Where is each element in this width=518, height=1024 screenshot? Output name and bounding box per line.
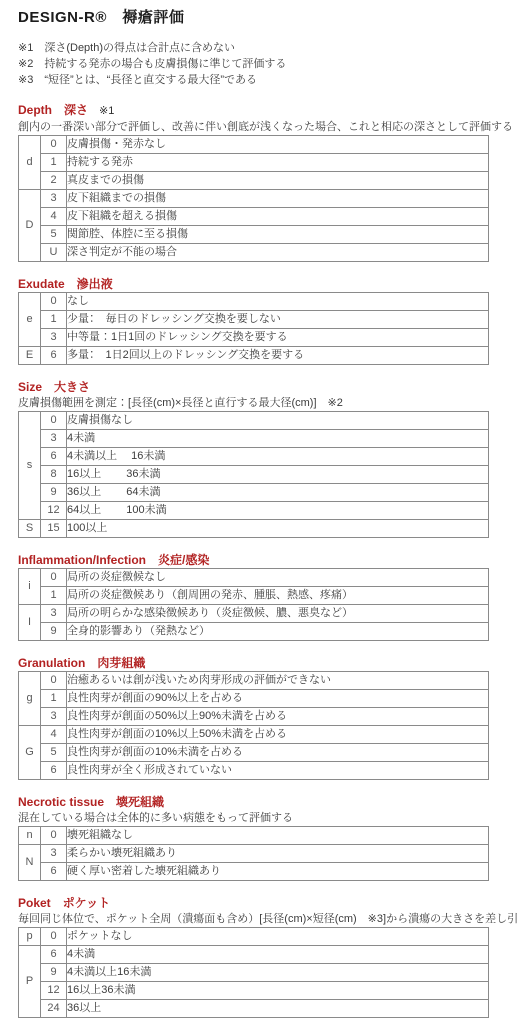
grade-letter-cell: P — [19, 946, 41, 1018]
table-row: 3良性肉芽が創面の50%以上90%未満を占める — [19, 708, 489, 726]
score-cell: 9 — [41, 964, 67, 982]
table-row: i0局所の炎症徴候なし — [19, 569, 489, 587]
criteria-cell: 真皮までの損傷 — [67, 172, 489, 190]
grade-letter-cell: p — [19, 928, 41, 946]
table-row: 1216以上36未満 — [19, 982, 489, 1000]
criteria-cell: 良性肉芽が創面の10%以上50%未満を占める — [67, 726, 489, 744]
table-row: N3柔らかい壊死組織あり — [19, 845, 489, 863]
score-cell: 0 — [41, 136, 67, 154]
score-cell: 2 — [41, 172, 67, 190]
table-row: 94未満以上16未満 — [19, 964, 489, 982]
criteria-cell: 局所の炎症徴候なし — [67, 569, 489, 587]
table-row: 34未満 — [19, 430, 489, 448]
score-cell: 3 — [41, 605, 67, 623]
grade-letter-cell: d — [19, 136, 41, 190]
section-heading-text: Poket ポケット — [18, 896, 110, 910]
score-cell: 3 — [41, 430, 67, 448]
score-cell: 6 — [41, 347, 67, 365]
criteria-cell: 中等量：1日1回のドレッシング交換を要する — [67, 329, 489, 347]
section-description: 皮膚損傷範囲を測定：[長径(cm)×長径と直行する最大径(cm)] ※2 — [18, 395, 489, 411]
criteria-cell: 良性肉芽が創面の10%未満を占める — [67, 744, 489, 762]
document-title: DESIGN-R® 褥瘡評価 — [18, 8, 489, 28]
table-row: 4皮下組織を超える損傷 — [19, 208, 489, 226]
criteria-cell: 皮膚損傷・発赤なし — [67, 136, 489, 154]
criteria-cell: 4未満 — [67, 430, 489, 448]
grade-letter-cell: g — [19, 672, 41, 726]
criteria-cell: 多量： 1日2回以上のドレッシング交換を要する — [67, 347, 489, 365]
score-table-poket: p0ポケットなしP64未満94未満以上16未満1216以上36未満2436以上 — [18, 927, 489, 1018]
criteria-cell: 16以上36未満 — [67, 982, 489, 1000]
criteria-cell: 100以上 — [67, 520, 489, 538]
section-depth: Depth 深さ ※1創内の一番深い部分で評価し、改善に伴い創底が浅くなった場合… — [18, 102, 489, 262]
score-cell: 0 — [41, 928, 67, 946]
section-necrotic: Necrotic tissue 壊死組織混在している場合は全体的に多い病態をもっ… — [18, 794, 489, 881]
table-row: S15100以上 — [19, 520, 489, 538]
criteria-cell: なし — [67, 293, 489, 311]
score-cell: 4 — [41, 726, 67, 744]
footnote-line: ※2 持続する発赤の場合も皮膚損傷に準じて評価する — [18, 56, 489, 72]
score-cell: U — [41, 244, 67, 262]
score-cell: 15 — [41, 520, 67, 538]
table-row: 1264以上 100未満 — [19, 502, 489, 520]
section-heading: Exudate 滲出液 — [18, 276, 489, 292]
criteria-cell: 少量： 毎日のドレッシング交換を要しない — [67, 311, 489, 329]
criteria-cell: 硬く厚い密着した壊死組織あり — [67, 863, 489, 881]
table-row: 816以上 36未満 — [19, 466, 489, 484]
criteria-cell: 良性肉芽が全く形成されていない — [67, 762, 489, 780]
grade-letter-cell: e — [19, 293, 41, 347]
score-table-granulation: g0治癒あるいは創が浅いため肉芽形成の評価ができない1良性肉芽が創面の90%以上… — [18, 671, 489, 780]
criteria-cell: 36以上 64未満 — [67, 484, 489, 502]
section-heading: Size 大きさ — [18, 379, 489, 395]
table-row: n0壊死組織なし — [19, 827, 489, 845]
section-heading-text: Size 大きさ — [18, 380, 90, 394]
score-cell: 3 — [41, 190, 67, 208]
table-row: 6良性肉芽が全く形成されていない — [19, 762, 489, 780]
document-page: DESIGN-R® 褥瘡評価 ※1 深さ(Depth)の得点は合計点に含めない※… — [18, 8, 489, 1018]
table-row: U深さ判定が不能の場合 — [19, 244, 489, 262]
grade-letter-cell: I — [19, 605, 41, 641]
score-cell: 1 — [41, 154, 67, 172]
criteria-cell: 壊死組織なし — [67, 827, 489, 845]
criteria-cell: 持続する発赤 — [67, 154, 489, 172]
score-cell: 5 — [41, 744, 67, 762]
criteria-cell: 局所の明らかな感染徴候あり（炎症徴候、膿、悪臭など） — [67, 605, 489, 623]
section-poket: Poket ポケット毎回同じ体位で、ポケット全周（潰瘍面も含め）[長径(cm)×… — [18, 895, 489, 1018]
criteria-cell: 4未満 — [67, 946, 489, 964]
score-cell: 12 — [41, 502, 67, 520]
score-cell: 24 — [41, 1000, 67, 1018]
sections-container: Depth 深さ ※1創内の一番深い部分で評価し、改善に伴い創底が浅くなった場合… — [18, 102, 489, 1018]
section-description: 毎回同じ体位で、ポケット全周（潰瘍面も含め）[長径(cm)×短径(cm) ※3]… — [18, 911, 489, 927]
grade-letter-cell: D — [19, 190, 41, 262]
table-row: 1持続する発赤 — [19, 154, 489, 172]
section-description: 混在している場合は全体的に多い病態をもって評価する — [18, 810, 489, 826]
score-cell: 9 — [41, 484, 67, 502]
score-cell: 4 — [41, 208, 67, 226]
table-row: 5関節腔、体腔に至る損傷 — [19, 226, 489, 244]
score-cell: 12 — [41, 982, 67, 1000]
score-cell: 0 — [41, 569, 67, 587]
table-row: s0皮膚損傷なし — [19, 412, 489, 430]
grade-letter-cell: E — [19, 347, 41, 365]
criteria-cell: 良性肉芽が創面の90%以上を占める — [67, 690, 489, 708]
table-row: 5良性肉芽が創面の10%未満を占める — [19, 744, 489, 762]
table-row: 2436以上 — [19, 1000, 489, 1018]
table-row: 936以上 64未満 — [19, 484, 489, 502]
criteria-cell: 皮膚損傷なし — [67, 412, 489, 430]
section-heading: Granulation 肉芽組織 — [18, 655, 489, 671]
section-inflammation: Inflammation/Infection 炎症/感染i0局所の炎症徴候なし1… — [18, 552, 489, 641]
criteria-cell: 皮下組織を超える損傷 — [67, 208, 489, 226]
criteria-cell: 4未満以上16未満 — [67, 964, 489, 982]
score-table-depth: d0皮膚損傷・発赤なし1持続する発赤2真皮までの損傷D3皮下組織までの損傷4皮下… — [18, 135, 489, 262]
score-table-inflammation: i0局所の炎症徴候なし1局所の炎症徴候あり（創周囲の発赤、腫脹、熱感、疼痛）I3… — [18, 568, 489, 641]
score-cell: 5 — [41, 226, 67, 244]
section-heading: Inflammation/Infection 炎症/感染 — [18, 552, 489, 568]
table-row: 1良性肉芽が創面の90%以上を占める — [19, 690, 489, 708]
score-cell: 0 — [41, 412, 67, 430]
score-cell: 0 — [41, 827, 67, 845]
score-cell: 3 — [41, 845, 67, 863]
criteria-cell: 局所の炎症徴候あり（創周囲の発赤、腫脹、熱感、疼痛） — [67, 587, 489, 605]
section-heading: Depth 深さ ※1 — [18, 102, 489, 119]
score-cell: 6 — [41, 762, 67, 780]
grade-letter-cell: G — [19, 726, 41, 780]
section-heading-text: Granulation 肉芽組織 — [18, 656, 145, 670]
criteria-cell: 深さ判定が不能の場合 — [67, 244, 489, 262]
section-heading-text: Depth 深さ — [18, 103, 88, 117]
table-row: 1少量： 毎日のドレッシング交換を要しない — [19, 311, 489, 329]
criteria-cell: 良性肉芽が創面の50%以上90%未満を占める — [67, 708, 489, 726]
criteria-cell: 16以上 36未満 — [67, 466, 489, 484]
criteria-cell: 64以上 100未満 — [67, 502, 489, 520]
section-granulation: Granulation 肉芽組織g0治癒あるいは創が浅いため肉芽形成の評価ができ… — [18, 655, 489, 780]
section-description: 創内の一番深い部分で評価し、改善に伴い創底が浅くなった場合、これと相応の深さとし… — [18, 119, 489, 135]
table-row: p0ポケットなし — [19, 928, 489, 946]
criteria-cell: 4未満以上 16未満 — [67, 448, 489, 466]
score-cell: 1 — [41, 690, 67, 708]
section-heading-text: Necrotic tissue 壊死組織 — [18, 795, 164, 809]
grade-letter-cell: i — [19, 569, 41, 605]
table-row: I3局所の明らかな感染徴候あり（炎症徴候、膿、悪臭など） — [19, 605, 489, 623]
section-heading-text: Inflammation/Infection 炎症/感染 — [18, 553, 209, 567]
criteria-cell: 関節腔、体腔に至る損傷 — [67, 226, 489, 244]
section-heading-text: Exudate 滲出液 — [18, 277, 113, 291]
footnote-line: ※1 深さ(Depth)の得点は合計点に含めない — [18, 40, 489, 56]
section-size: Size 大きさ皮膚損傷範囲を測定：[長径(cm)×長径と直行する最大径(cm)… — [18, 379, 489, 538]
table-row: 3中等量：1日1回のドレッシング交換を要する — [19, 329, 489, 347]
score-cell: 1 — [41, 587, 67, 605]
section-exudate: Exudate 滲出液e0なし1少量： 毎日のドレッシング交換を要しない3中等量… — [18, 276, 489, 365]
criteria-cell: 柔らかい壊死組織あり — [67, 845, 489, 863]
table-row: g0治癒あるいは創が浅いため肉芽形成の評価ができない — [19, 672, 489, 690]
table-row: E6多量： 1日2回以上のドレッシング交換を要する — [19, 347, 489, 365]
grade-letter-cell: N — [19, 845, 41, 881]
notes-list: ※1 深さ(Depth)の得点は合計点に含めない※2 持続する発赤の場合も皮膚損… — [18, 40, 489, 88]
score-cell: 1 — [41, 311, 67, 329]
table-row: 9全身的影響あり（発熱など） — [19, 623, 489, 641]
criteria-cell: 36以上 — [67, 1000, 489, 1018]
table-row: e0なし — [19, 293, 489, 311]
table-row: G4良性肉芽が創面の10%以上50%未満を占める — [19, 726, 489, 744]
score-cell: 6 — [41, 863, 67, 881]
table-row: 1局所の炎症徴候あり（創周囲の発赤、腫脹、熱感、疼痛） — [19, 587, 489, 605]
criteria-cell: 治癒あるいは創が浅いため肉芽形成の評価ができない — [67, 672, 489, 690]
criteria-cell: ポケットなし — [67, 928, 489, 946]
section-heading: Poket ポケット — [18, 895, 489, 911]
score-cell: 8 — [41, 466, 67, 484]
table-row: D3皮下組織までの損傷 — [19, 190, 489, 208]
score-table-exudate: e0なし1少量： 毎日のドレッシング交換を要しない3中等量：1日1回のドレッシン… — [18, 292, 489, 365]
score-table-size: s0皮膚損傷なし34未満64未満以上 16未満816以上 36未満936以上 6… — [18, 411, 489, 538]
score-cell: 9 — [41, 623, 67, 641]
grade-letter-cell: n — [19, 827, 41, 845]
score-cell: 6 — [41, 448, 67, 466]
score-cell: 3 — [41, 329, 67, 347]
table-row: 2真皮までの損傷 — [19, 172, 489, 190]
score-cell: 0 — [41, 293, 67, 311]
table-row: 64未満以上 16未満 — [19, 448, 489, 466]
table-row: d0皮膚損傷・発赤なし — [19, 136, 489, 154]
grade-letter-cell: S — [19, 520, 41, 538]
score-cell: 6 — [41, 946, 67, 964]
section-heading: Necrotic tissue 壊死組織 — [18, 794, 489, 810]
grade-letter-cell: s — [19, 412, 41, 520]
table-row: P64未満 — [19, 946, 489, 964]
section-heading-footnote-ref: ※1 — [88, 105, 114, 117]
score-cell: 3 — [41, 708, 67, 726]
table-row: 6硬く厚い密着した壊死組織あり — [19, 863, 489, 881]
criteria-cell: 皮下組織までの損傷 — [67, 190, 489, 208]
score-cell: 0 — [41, 672, 67, 690]
score-table-necrotic: n0壊死組織なしN3柔らかい壊死組織あり6硬く厚い密着した壊死組織あり — [18, 826, 489, 881]
criteria-cell: 全身的影響あり（発熱など） — [67, 623, 489, 641]
footnote-line: ※3 “短径”とは、“長径と直交する最大径”である — [18, 72, 489, 88]
